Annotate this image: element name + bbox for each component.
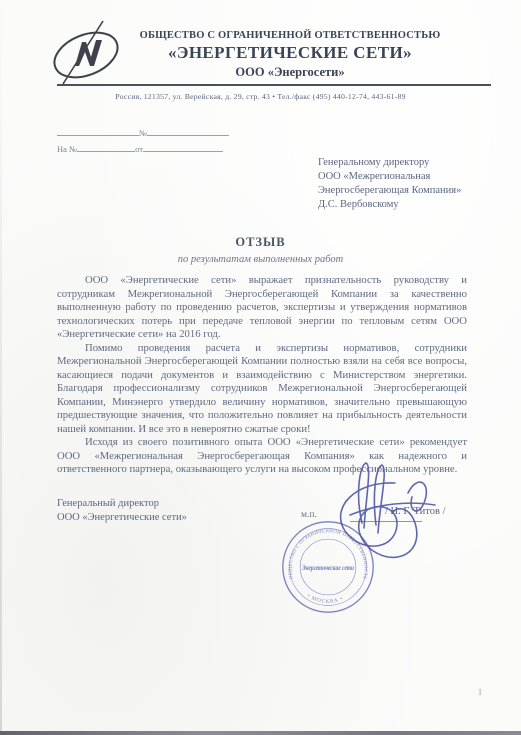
- document-subtitle: по результатам выполненных работ: [0, 254, 521, 265]
- page-number: 1: [470, 687, 490, 697]
- header-rule: [57, 84, 491, 86]
- incoming-prefix: На №: [57, 144, 77, 154]
- addressee-line: Энергосберегающая Компания»: [318, 184, 461, 198]
- body-paragraph: ООО «Энергетические сети» выражает призн…: [57, 274, 467, 342]
- letterhead: ОБЩЕСТВО С ОГРАНИЧЕННОЙ ОТВЕТСТВЕННОСТЬЮ…: [138, 30, 442, 80]
- addressee-block: Генеральному директору ООО «Межрегиональ…: [318, 156, 461, 212]
- outgoing-date-blank: [57, 126, 139, 136]
- signatory-position: Генеральный директор ООО «Энергетические…: [57, 497, 187, 525]
- handwritten-signature: [300, 453, 450, 571]
- signatory-position-line: Генеральный директор: [57, 497, 187, 511]
- reference-outgoing: №: [57, 126, 229, 138]
- scan-edge-artifact: [0, 0, 2, 735]
- reference-incoming: На №от: [57, 142, 223, 154]
- incoming-date-blank: [143, 142, 223, 152]
- org-short-name: ООО «Энергосети»: [138, 65, 442, 80]
- outgoing-number-blank: [147, 126, 229, 136]
- addressee-line: Генеральному директору: [318, 156, 461, 170]
- company-logo-icon: [48, 20, 132, 86]
- number-sign: №: [139, 128, 147, 138]
- document-title: ОТЗЫВ: [0, 235, 521, 250]
- incoming-from-label: от: [135, 144, 143, 154]
- org-name: «ЭНЕРГЕТИЧЕСКИЕ СЕТИ»: [138, 43, 442, 63]
- address-line: Россия, 121357, ул. Верейская, д. 29, ст…: [0, 92, 521, 101]
- letter-body: ООО «Энергетические сети» выражает призн…: [57, 274, 467, 477]
- org-type-line: ОБЩЕСТВО С ОГРАНИЧЕННОЙ ОТВЕТСТВЕННОСТЬЮ: [138, 30, 442, 41]
- addressee-line: Д.С. Вербовскому: [318, 198, 461, 212]
- signatory-position-line: ООО «Энергетические сети»: [57, 511, 187, 525]
- incoming-number-blank: [77, 142, 135, 152]
- addressee-line: ООО «Межрегиональная: [318, 170, 461, 184]
- body-paragraph: Помимо проведения расчета и экспертизы н…: [57, 342, 467, 437]
- document-page: ОБЩЕСТВО С ОГРАНИЧЕННОЙ ОТВЕТСТВЕННОСТЬЮ…: [0, 0, 521, 735]
- scan-edge-artifact: [0, 731, 521, 735]
